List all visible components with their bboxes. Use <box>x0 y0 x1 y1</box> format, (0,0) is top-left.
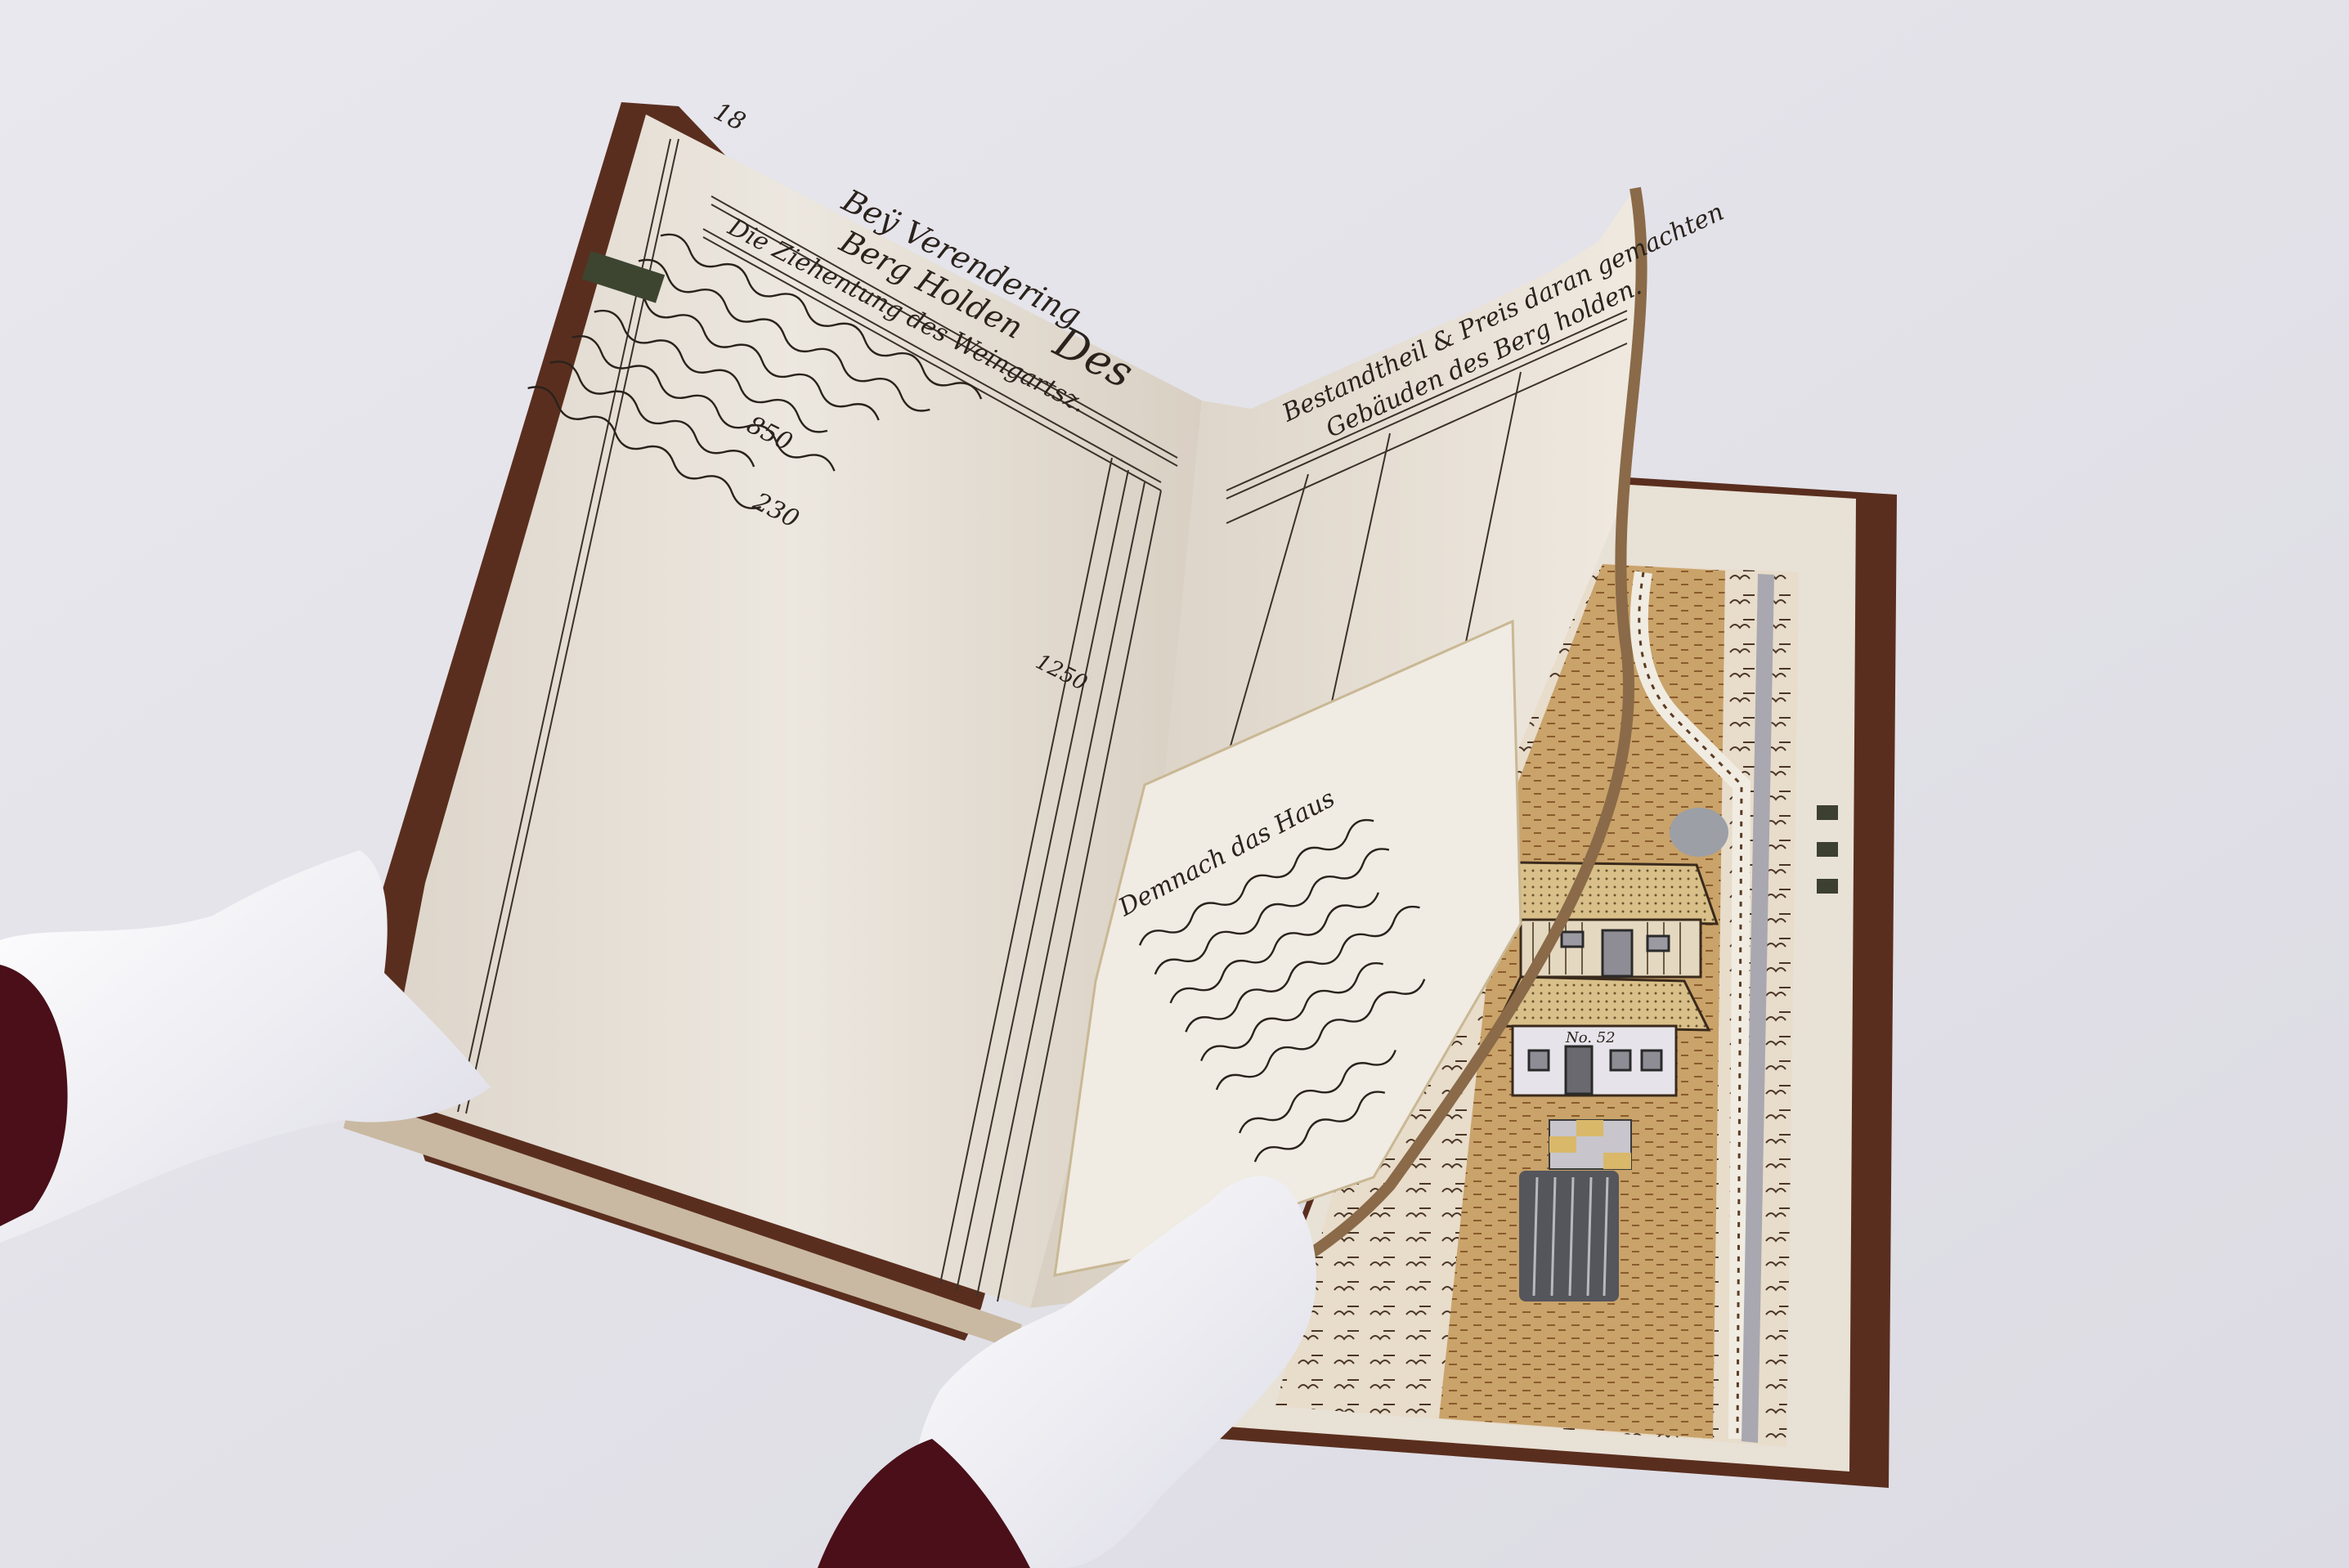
dark-field <box>1519 1171 1619 1301</box>
barn-building <box>1500 862 1717 977</box>
house-no-52: No. 52 <box>1496 977 1709 1095</box>
checkered-plot <box>1549 1120 1631 1169</box>
pond-icon <box>1670 808 1728 857</box>
house-label: No. 52 <box>1565 1029 1616 1046</box>
photo-scene: No. 52 <box>0 0 2349 1568</box>
